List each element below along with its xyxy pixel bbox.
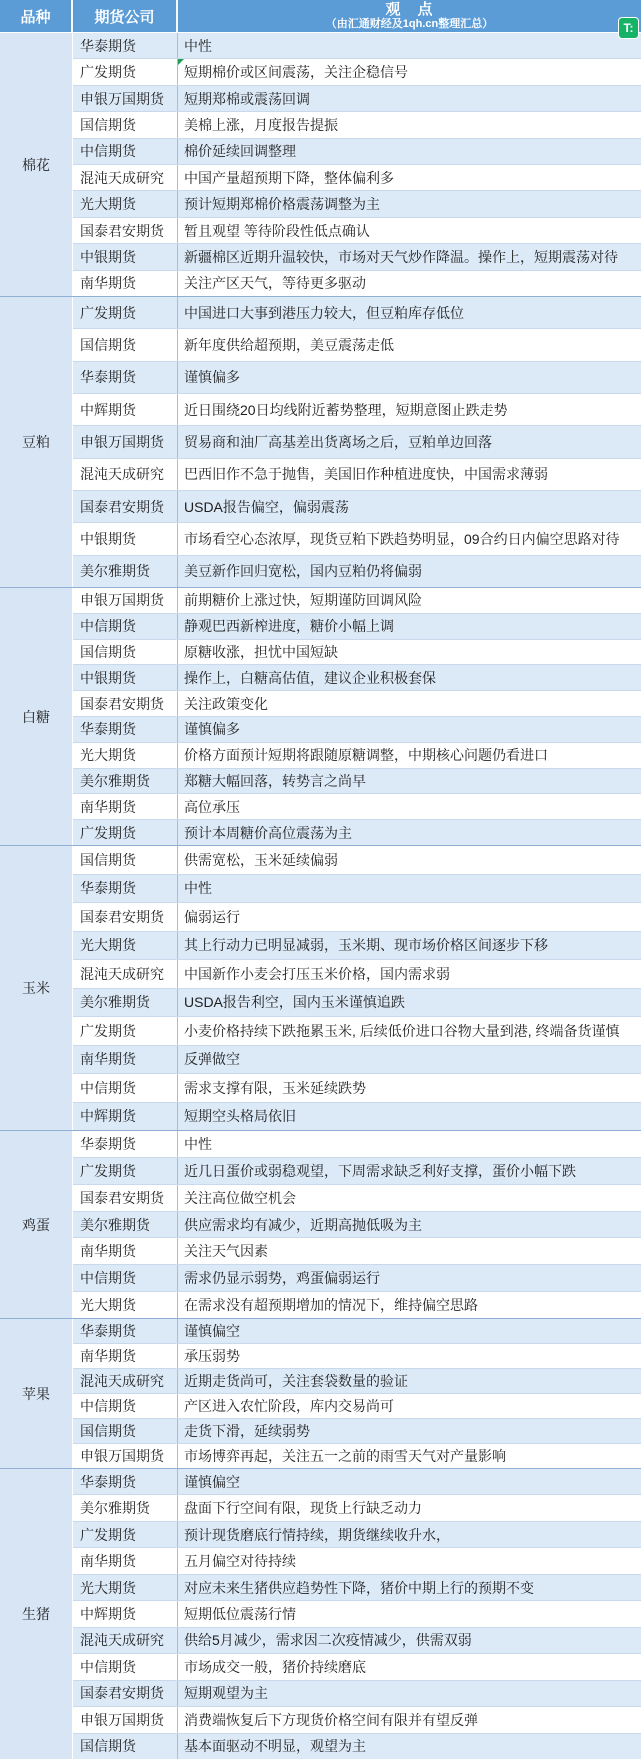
viewpoint-cell: 供需宽松，玉米延续偏弱	[178, 846, 641, 874]
company-cell: 混沌天成研究	[73, 1628, 178, 1653]
company-cell: 中银期货	[73, 244, 178, 269]
table-row: 中信期货静观巴西新榨进度，糖价小幅上调	[73, 613, 641, 639]
table-row: 光大期货对应未来生猪供应趋势性下降，猪价中期上行的预期不变	[73, 1574, 641, 1600]
viewpoint-cell: 市场博弈再起，关注五一之前的雨雪天气对产量影响	[178, 1444, 641, 1468]
company-cell: 国泰君安期货	[73, 903, 178, 931]
company-cell: 申银万国期货	[73, 86, 178, 111]
company-cell: 中信期货	[73, 614, 178, 639]
viewpoint-cell: 反弹做空	[178, 1046, 641, 1074]
table-row: 申银万国期货前期糖价上涨过快，短期谨防回调风险	[73, 588, 641, 613]
viewpoint-cell: 短期空头格局依旧	[178, 1103, 641, 1131]
company-cell: 广发期货	[73, 1522, 178, 1547]
viewpoint-cell: 其上行动力已明显减弱，玉米期、现市场价格区间逐步下移	[178, 932, 641, 960]
table-header: 品种 期货公司 观 点 （由汇通财经及1qh.cn整理汇总）	[0, 0, 641, 33]
viewpoint-cell: 新年度供给超预期，美豆震荡走低	[178, 329, 641, 360]
table-row: 中信期货需求仍显示弱势，鸡蛋偏弱运行	[73, 1264, 641, 1291]
viewpoint-cell: 近几日蛋价或弱稳观望，下周需求缺乏利好支撑，蛋价小幅下跌	[178, 1158, 641, 1184]
viewpoint-cell: 关注产区天气，等待更多驱动	[178, 271, 641, 296]
table-row: 华泰期货谨慎偏空	[73, 1319, 641, 1343]
company-cell: 中银期货	[73, 523, 178, 554]
company-cell: 混沌天成研究	[73, 459, 178, 490]
table-row: 美尔雅期货美豆新作回归宽松，国内豆粕仍将偏弱	[73, 555, 641, 587]
company-cell: 美尔雅期货	[73, 1212, 178, 1238]
table-row: 广发期货预计现货磨底行情持续，期货继续收升水，	[73, 1521, 641, 1547]
table-row: 广发期货小麦价格持续下跌拖累玉米, 后续低价进口谷物大量到港, 终端备货谨慎	[73, 1016, 641, 1045]
company-cell: 广发期货	[73, 1017, 178, 1045]
viewpoint-cell: 中性	[178, 875, 641, 903]
commodity-section: 鸡蛋华泰期货中性广发期货近几日蛋价或弱稳观望，下周需求缺乏利好支撑，蛋价小幅下跌…	[0, 1130, 641, 1318]
viewpoint-cell: 承压弱势	[178, 1344, 641, 1368]
company-cell: 南华期货	[73, 1344, 178, 1368]
viewpoint-cell: 偏弱运行	[178, 903, 641, 931]
table-row: 申银万国期货市场博弈再起，关注五一之前的雨雪天气对产量影响	[73, 1443, 641, 1468]
company-cell: 申银万国期货	[73, 426, 178, 457]
table-row: 中辉期货短期空头格局依旧	[73, 1102, 641, 1131]
table-row: 混沌天成研究中国新作小麦会打压玉米价格，国内需求弱	[73, 959, 641, 988]
company-cell: 中辉期货	[73, 1103, 178, 1131]
company-cell: 美尔雅期货	[73, 769, 178, 794]
viewpoint-cell: 产区进入农忙阶段，库内交易尚可	[178, 1394, 641, 1418]
table-row: 国泰君安期货短期观望为主	[73, 1680, 641, 1706]
table-row: 光大期货价格方面预计短期将跟随原糖调整，中期核心问题仍看进口	[73, 742, 641, 768]
table-row: 国信期货美棉上涨，月度报告提振	[73, 111, 641, 137]
company-cell: 华泰期货	[73, 717, 178, 742]
company-cell: 中信期货	[73, 1074, 178, 1102]
table-row: 广发期货短期棉价或区间震荡，关注企稳信号	[73, 58, 641, 84]
commodity-section: 生猪华泰期货谨慎偏空美尔雅期货盘面下行空间有限，现货上行缺乏动力广发期货预计现货…	[0, 1468, 641, 1759]
company-cell: 光大期货	[73, 1292, 178, 1318]
company-cell: 中辉期货	[73, 394, 178, 425]
table-row: 广发期货预计本周糖价高位震荡为主	[73, 819, 641, 845]
viewpoint-cell: 短期低位震荡行情	[178, 1601, 641, 1626]
viewpoint-cell: 短期郑棉或震荡回调	[178, 86, 641, 111]
viewpoint-cell: 近期走货尚可，关注套袋数量的验证	[178, 1369, 641, 1393]
company-cell: 华泰期货	[73, 1469, 178, 1494]
viewpoint-cell: 短期观望为主	[178, 1681, 641, 1706]
viewpoint-cell: 关注政策变化	[178, 691, 641, 716]
section-rows: 华泰期货谨慎偏空美尔雅期货盘面下行空间有限，现货上行缺乏动力广发期货预计现货磨底…	[73, 1469, 641, 1759]
table-row: 国泰君安期货关注高位做空机会	[73, 1184, 641, 1211]
table-row: 国泰君安期货关注政策变化	[73, 690, 641, 716]
viewpoint-cell: 郑糖大幅回落，转势言之尚早	[178, 769, 641, 794]
company-cell: 中信期货	[73, 1265, 178, 1291]
table-row: 华泰期货中性	[73, 1131, 641, 1157]
viewpoint-cell: 高位承压	[178, 794, 641, 819]
commodity-section: 苹果华泰期货谨慎偏空南华期货承压弱势混沌天成研究近期走货尚可，关注套袋数量的验证…	[0, 1318, 641, 1468]
table-row: 混沌天成研究中国产量超预期下降，整体偏利多	[73, 164, 641, 190]
viewpoint-cell: 预计现货磨底行情持续，期货继续收升水，	[178, 1522, 641, 1547]
viewpoint-cell: 需求支撑有限，玉米延续跌势	[178, 1074, 641, 1102]
variety-label: 鸡蛋	[0, 1131, 73, 1318]
section-rows: 申银万国期货前期糖价上涨过快，短期谨防回调风险中信期货静观巴西新榨进度，糖价小幅…	[73, 588, 641, 845]
table-row: 华泰期货中性	[73, 33, 641, 58]
company-cell: 华泰期货	[73, 1131, 178, 1157]
company-cell: 混沌天成研究	[73, 960, 178, 988]
viewpoint-cell: 棉价延续回调整理	[178, 139, 641, 164]
viewpoint-cell: 市场看空心态浓厚，现货豆粕下跌趋势明显，09合约日内偏空思路对待	[178, 523, 641, 554]
viewpoint-cell: 五月偏空对待持续	[178, 1548, 641, 1573]
variety-label: 生猪	[0, 1469, 73, 1759]
viewpoint-subtitle: （由汇通财经及1qh.cn整理汇总）	[326, 18, 493, 31]
table-row: 中辉期货短期低位震荡行情	[73, 1600, 641, 1626]
table-row: 华泰期货谨慎偏空	[73, 1469, 641, 1494]
company-cell: 光大期货	[73, 1575, 178, 1600]
company-cell: 华泰期货	[73, 362, 178, 393]
variety-label: 棉花	[0, 33, 73, 296]
viewpoint-cell: USDA报告利空，国内玉米谨慎追跌	[178, 989, 641, 1017]
comment-flag-icon	[178, 59, 184, 65]
table-row: 美尔雅期货盘面下行空间有限，现货上行缺乏动力	[73, 1494, 641, 1520]
viewpoint-cell: 中国产量超预期下降，整体偏利多	[178, 165, 641, 190]
variety-column-header: 品种	[0, 0, 73, 32]
company-cell: 国泰君安期货	[73, 491, 178, 522]
table-row: 南华期货关注天气因素	[73, 1237, 641, 1264]
viewpoint-cell: 操作上，白糖高估值，建议企业积极套保	[178, 665, 641, 690]
viewpoint-cell: 中性	[178, 1131, 641, 1157]
table-row: 南华期货反弹做空	[73, 1045, 641, 1074]
company-cell: 广发期货	[73, 1158, 178, 1184]
table-row: 中辉期货近日围绕20日均线附近蓄势整理，短期意图止跌走势	[73, 393, 641, 425]
table-row: 国信期货新年度供给超预期，美豆震荡走低	[73, 328, 641, 360]
viewpoint-cell: 中性	[178, 33, 641, 58]
company-cell: 华泰期货	[73, 875, 178, 903]
viewpoint-cell: 谨慎偏多	[178, 362, 641, 393]
viewpoint-cell: 谨慎偏空	[178, 1319, 641, 1343]
table-row: 混沌天成研究近期走货尚可，关注套袋数量的验证	[73, 1368, 641, 1393]
table-row: 国信期货走货下滑，延续弱势	[73, 1418, 641, 1443]
table-row: 中银期货操作上，白糖高估值，建议企业积极套保	[73, 664, 641, 690]
company-cell: 美尔雅期货	[73, 1495, 178, 1520]
company-cell: 国信期货	[73, 640, 178, 665]
company-cell: 混沌天成研究	[73, 165, 178, 190]
section-rows: 华泰期货中性广发期货短期棉价或区间震荡，关注企稳信号申银万国期货短期郑棉或震荡回…	[73, 33, 641, 296]
table-row: 南华期货承压弱势	[73, 1343, 641, 1368]
company-cell: 国信期货	[73, 1419, 178, 1443]
table-row: 光大期货其上行动力已明显减弱，玉米期、现市场价格区间逐步下移	[73, 931, 641, 960]
table-row: 南华期货五月偏空对待持续	[73, 1547, 641, 1573]
variety-label: 豆粕	[0, 297, 73, 587]
viewpoint-cell: 消费端恢复后下方现货价格空间有限并有望反弹	[178, 1707, 641, 1732]
viewpoint-cell: 短期棉价或区间震荡，关注企稳信号	[178, 59, 641, 84]
table-row: 光大期货预计短期郑棉价格震荡调整为主	[73, 190, 641, 216]
viewpoint-column-header: 观 点 （由汇通财经及1qh.cn整理汇总）	[178, 0, 641, 32]
company-cell: 南华期货	[73, 1046, 178, 1074]
commodity-section: 玉米国信期货供需宽松，玉米延续偏弱华泰期货中性国泰君安期货偏弱运行光大期货其上行…	[0, 845, 641, 1130]
company-cell: 申银万国期货	[73, 1444, 178, 1468]
commodity-section: 棉花华泰期货中性广发期货短期棉价或区间震荡，关注企稳信号申银万国期货短期郑棉或震…	[0, 33, 641, 296]
viewpoint-cell: 巴西旧作不急于抛售，美国旧作种植进度快，中国需求薄弱	[178, 459, 641, 490]
viewpoint-cell: 关注天气因素	[178, 1238, 641, 1264]
company-cell: 广发期货	[73, 297, 178, 328]
viewpoint-cell: 预计短期郑棉价格震荡调整为主	[178, 191, 641, 216]
viewpoint-cell: 在需求没有超预期增加的情况下，维持偏空思路	[178, 1292, 641, 1318]
viewpoint-cell: 小麦价格持续下跌拖累玉米, 后续低价进口谷物大量到港, 终端备货谨慎	[178, 1017, 641, 1045]
commodity-section: 豆粕广发期货中国进口大事到港压力较大，但豆粕库存低位国信期货新年度供给超预期，美…	[0, 296, 641, 587]
table-row: 申银万国期货消费端恢复后下方现货价格空间有限并有望反弹	[73, 1706, 641, 1732]
table-row: 中信期货产区进入农忙阶段，库内交易尚可	[73, 1393, 641, 1418]
section-rows: 广发期货中国进口大事到港压力较大，但豆粕库存低位国信期货新年度供给超预期，美豆震…	[73, 297, 641, 587]
viewpoint-cell: 美豆新作回归宽松，国内豆粕仍将偏弱	[178, 556, 641, 587]
table-row: 光大期货在需求没有超预期增加的情况下，维持偏空思路	[73, 1291, 641, 1318]
company-cell: 国泰君安期货	[73, 691, 178, 716]
commodity-section: 白糖申银万国期货前期糖价上涨过快，短期谨防回调风险中信期货静观巴西新榨进度，糖价…	[0, 587, 641, 845]
company-cell: 国信期货	[73, 329, 178, 360]
viewpoint-cell: 盘面下行空间有限，现货上行缺乏动力	[178, 1495, 641, 1520]
table-row: 华泰期货谨慎偏多	[73, 716, 641, 742]
table-row: 美尔雅期货USDA报告利空，国内玉米谨慎追跌	[73, 988, 641, 1017]
variety-label: 玉米	[0, 846, 73, 1130]
company-cell: 广发期货	[73, 820, 178, 845]
company-cell: 美尔雅期货	[73, 556, 178, 587]
table-row: 国泰君安期货暂且观望 等待阶段性低点确认	[73, 217, 641, 243]
futures-views-table: 品种 期货公司 观 点 （由汇通财经及1qh.cn整理汇总） 棉花华泰期货中性广…	[0, 0, 641, 1759]
table-row: 国信期货基本面驱动不明显，观望为主	[73, 1733, 641, 1759]
company-column-header: 期货公司	[73, 0, 178, 32]
viewpoint-cell: 中国进口大事到港压力较大，但豆粕库存低位	[178, 297, 641, 328]
company-cell: 国泰君安期货	[73, 1185, 178, 1211]
company-cell: 国信期货	[73, 846, 178, 874]
viewpoint-cell: 预计本周糖价高位震荡为主	[178, 820, 641, 845]
viewpoint-cell: 新疆棉区近期升温较快，市场对天气炒作降温。操作上，短期震荡对待	[178, 244, 641, 269]
viewpoint-cell: 美棉上涨，月度报告提振	[178, 112, 641, 137]
viewpoint-cell: 走货下滑，延续弱势	[178, 1419, 641, 1443]
company-cell: 华泰期货	[73, 1319, 178, 1343]
viewpoint-cell: 中国新作小麦会打压玉米价格，国内需求弱	[178, 960, 641, 988]
company-cell: 混沌天成研究	[73, 1369, 178, 1393]
table-row: 广发期货中国进口大事到港压力较大，但豆粕库存低位	[73, 297, 641, 328]
company-cell: 申银万国期货	[73, 1707, 178, 1732]
table-row: 中信期货市场成交一般，猪价持续磨底	[73, 1653, 641, 1679]
table-row: 中信期货棉价延续回调整理	[73, 138, 641, 164]
viewpoint-cell: USDA报告偏空，偏弱震荡	[178, 491, 641, 522]
company-cell: 中信期货	[73, 1394, 178, 1418]
table-row: 美尔雅期货供应需求均有减少，近期高抛低吸为主	[73, 1211, 641, 1238]
company-cell: 南华期货	[73, 271, 178, 296]
table-row: 国信期货原糖收涨，担忧中国短缺	[73, 639, 641, 665]
section-rows: 华泰期货中性广发期货近几日蛋价或弱稳观望，下周需求缺乏利好支撑，蛋价小幅下跌国泰…	[73, 1131, 641, 1318]
viewpoint-cell: 对应未来生猪供应趋势性下降，猪价中期上行的预期不变	[178, 1575, 641, 1600]
variety-label: 苹果	[0, 1319, 73, 1468]
viewpoint-cell: 前期糖价上涨过快，短期谨防回调风险	[178, 588, 641, 613]
table-row: 国泰君安期货USDA报告偏空，偏弱震荡	[73, 490, 641, 522]
table-row: 华泰期货中性	[73, 874, 641, 903]
section-rows: 国信期货供需宽松，玉米延续偏弱华泰期货中性国泰君安期货偏弱运行光大期货其上行动力…	[73, 846, 641, 1130]
section-rows: 华泰期货谨慎偏空南华期货承压弱势混沌天成研究近期走货尚可，关注套袋数量的验证中信…	[73, 1319, 641, 1468]
viewpoint-cell: 暂且观望 等待阶段性低点确认	[178, 218, 641, 243]
viewpoint-title: 观 点	[385, 1, 433, 18]
viewpoint-cell: 供给5月减少，需求因二次疫情减少，供需双弱	[178, 1628, 641, 1653]
table-row: 混沌天成研究巴西旧作不急于抛售，美国旧作种植进度快，中国需求薄弱	[73, 458, 641, 490]
viewpoint-cell: 供应需求均有减少，近期高抛低吸为主	[178, 1212, 641, 1238]
table-row: 南华期货高位承压	[73, 793, 641, 819]
table-body: 棉花华泰期货中性广发期货短期棉价或区间震荡，关注企稳信号申银万国期货短期郑棉或震…	[0, 33, 641, 1759]
table-row: 国信期货供需宽松，玉米延续偏弱	[73, 846, 641, 874]
company-cell: 美尔雅期货	[73, 989, 178, 1017]
company-cell: 南华期货	[73, 1238, 178, 1264]
company-cell: 光大期货	[73, 743, 178, 768]
company-cell: 中信期货	[73, 139, 178, 164]
company-cell: 南华期货	[73, 794, 178, 819]
table-row: 中银期货新疆棉区近期升温较快，市场对天气炒作降温。操作上，短期震荡对待	[73, 243, 641, 269]
table-row: 华泰期货谨慎偏多	[73, 361, 641, 393]
viewpoint-cell: 关注高位做空机会	[178, 1185, 641, 1211]
company-cell: 国泰君安期货	[73, 1681, 178, 1706]
viewpoint-cell: 静观巴西新榨进度，糖价小幅上调	[178, 614, 641, 639]
viewpoint-cell: 基本面驱动不明显，观望为主	[178, 1734, 641, 1759]
table-row: 国泰君安期货偏弱运行	[73, 902, 641, 931]
table-row: 广发期货近几日蛋价或弱稳观望，下周需求缺乏利好支撑，蛋价小幅下跌	[73, 1157, 641, 1184]
viewpoint-cell: 贸易商和油厂高基差出货离场之后，豆粕单边回落	[178, 426, 641, 457]
table-row: 混沌天成研究供给5月减少，需求因二次疫情减少，供需双弱	[73, 1627, 641, 1653]
company-cell: 光大期货	[73, 191, 178, 216]
viewpoint-cell: 市场成交一般，猪价持续磨底	[178, 1654, 641, 1679]
variety-label: 白糖	[0, 588, 73, 845]
company-cell: 国信期货	[73, 1734, 178, 1759]
company-cell: 国信期货	[73, 112, 178, 137]
table-row: 中信期货需求支撑有限，玉米延续跌势	[73, 1073, 641, 1102]
company-cell: 华泰期货	[73, 33, 178, 58]
company-cell: 光大期货	[73, 932, 178, 960]
company-cell: 中辉期货	[73, 1601, 178, 1626]
table-row: 美尔雅期货郑糖大幅回落，转势言之尚早	[73, 768, 641, 794]
viewpoint-cell: 谨慎偏多	[178, 717, 641, 742]
company-cell: 申银万国期货	[73, 588, 178, 613]
company-cell: 南华期货	[73, 1548, 178, 1573]
table-row: 申银万国期货短期郑棉或震荡回调	[73, 85, 641, 111]
viewpoint-cell: 价格方面预计短期将跟随原糖调整，中期核心问题仍看进口	[178, 743, 641, 768]
company-cell: 中信期货	[73, 1654, 178, 1679]
viewpoint-cell: 原糖收涨，担忧中国短缺	[178, 640, 641, 665]
company-cell: 中银期货	[73, 665, 178, 690]
viewpoint-cell: 需求仍显示弱势，鸡蛋偏弱运行	[178, 1265, 641, 1291]
table-row: 南华期货关注产区天气，等待更多驱动	[73, 270, 641, 296]
viewpoint-cell: 近日围绕20日均线附近蓄势整理，短期意图止跌走势	[178, 394, 641, 425]
watermark-logo-icon: T:	[618, 17, 639, 39]
viewpoint-cell: 谨慎偏空	[178, 1469, 641, 1494]
company-cell: 国泰君安期货	[73, 218, 178, 243]
table-row: 申银万国期货贸易商和油厂高基差出货离场之后，豆粕单边回落	[73, 425, 641, 457]
table-row: 中银期货市场看空心态浓厚，现货豆粕下跌趋势明显，09合约日内偏空思路对待	[73, 522, 641, 554]
company-cell: 广发期货	[73, 59, 178, 84]
